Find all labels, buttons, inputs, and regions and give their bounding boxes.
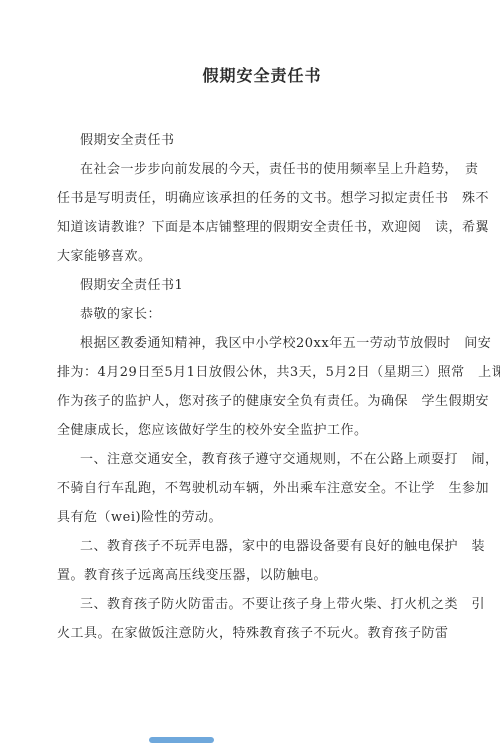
document-title: 假期安全责任书 [57,61,467,90]
text-line: 在社会一步步向前发展的今天，责任书的使用频率呈上升趋势， 责 [57,155,487,184]
text-line-item-1: 一、注意交通安全，教育孩子遵守交通规则，不在公路上顽耍打 闹， [57,445,487,474]
text-line-item-2: 二、教育孩子不玩弄电器，家中的电器设备要有良好的触电保护 装 [57,532,487,561]
text-line: 置。教育孩子远离高压线变压器，以防触电。 [57,561,487,590]
text-line: 作为孩子的监护人，您对孩子的健康安全负有责任。为确保 学生假期安 [57,387,487,416]
text-line: 不骑自行车乱跑，不驾驶机动车辆，外出乘车注意安全。不让学 生参加 [57,474,487,503]
text-line: 任书是写明责任，明确应该承担的任务的文书。想学习拟定责任书 殊不 [57,184,487,213]
text-line-item-3: 三、教育孩子防火防雷击。不要让孩子身上带火柴、打火机之类 引 [57,590,487,619]
text-line-salutation: 恭敬的家长： [57,300,487,329]
bottom-accent-bar [149,737,214,743]
text-line-subtitle: 假期安全责任书 [57,126,487,155]
text-line: 大家能够喜欢。 [57,242,487,271]
text-line: 全健康成长，您应该做好学生的校外安全监护工作。 [57,416,487,445]
text-line: 排为：4月29日至5月1日放假公休，共3天，5月2日（星期三）照常 上课。 [57,358,487,387]
text-line: 火工具。在家做饭注意防火，特殊教育孩子不玩火。教育孩子防雷 [57,619,487,648]
text-line: 具有危（wei)险性的劳动。 [57,503,487,532]
document-page: 假期安全责任书 假期安全责任书 在社会一步步向前发展的今天，责任书的使用频率呈上… [0,0,500,747]
text-line-section-heading: 假期安全责任书1 [57,271,487,300]
text-line: 知道该请教谁？下面是本店铺整理的假期安全责任书，欢迎阅 读，希翼 [57,213,487,242]
text-line: 根据区教委通知精神，我区中小学校20xx年五一劳动节放假时 间安 [57,329,487,358]
document-body: 假期安全责任书 在社会一步步向前发展的今天，责任书的使用频率呈上升趋势， 责 任… [57,126,487,648]
